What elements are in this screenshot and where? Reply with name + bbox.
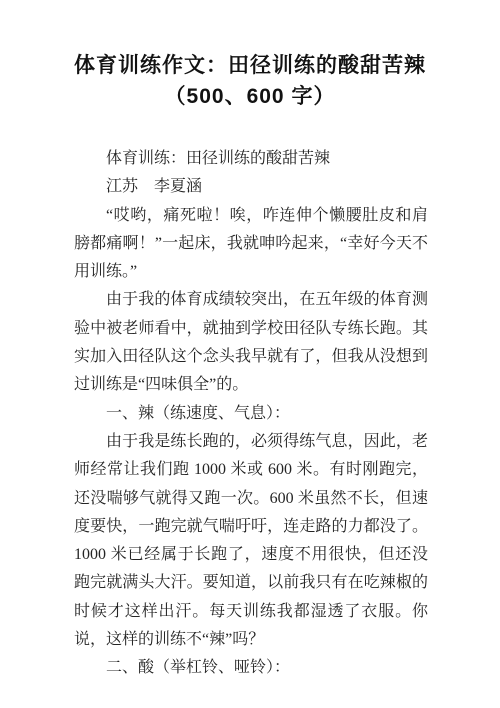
paragraph-opening: “哎哟，痛死啦！唉，咋连伸个懒腰肚皮和肩膀都痛啊！”一起床，我就呻吟起来，“幸好…	[74, 202, 428, 287]
section-heading-la: 一、辣（练速度、气息）：	[74, 400, 428, 428]
document-title: 体育训练作文：田径训练的酸甜苦辣 （500、600 字）	[0, 0, 500, 112]
document-byline: 江苏 李夏涵	[74, 173, 428, 201]
document-title-line2: （500、600 字）	[0, 81, 500, 112]
document-page: 体育训练作文：田径训练的酸甜苦辣 （500、600 字） 体育训练：田径训练的酸…	[0, 0, 500, 708]
document-title-line1: 体育训练作文：田径训练的酸甜苦辣	[0, 50, 500, 81]
paragraph-la-body: 由于我是练长跑的，必须得练气息，因此，老师经常让我们跑 1000 米或 600 …	[74, 428, 428, 654]
document-subtitle: 体育训练：田径训练的酸甜苦辣	[74, 145, 428, 173]
section-heading-suan: 二、酸（举杠铃、哑铃）：	[74, 654, 428, 682]
document-body: 体育训练：田径训练的酸甜苦辣 江苏 李夏涵 “哎哟，痛死啦！唉，咋连伸个懒腰肚皮…	[74, 145, 428, 683]
paragraph-background: 由于我的体育成绩较突出，在五年级的体育测验中被老师看中，就抽到学校田径队专练长跑…	[74, 286, 428, 399]
